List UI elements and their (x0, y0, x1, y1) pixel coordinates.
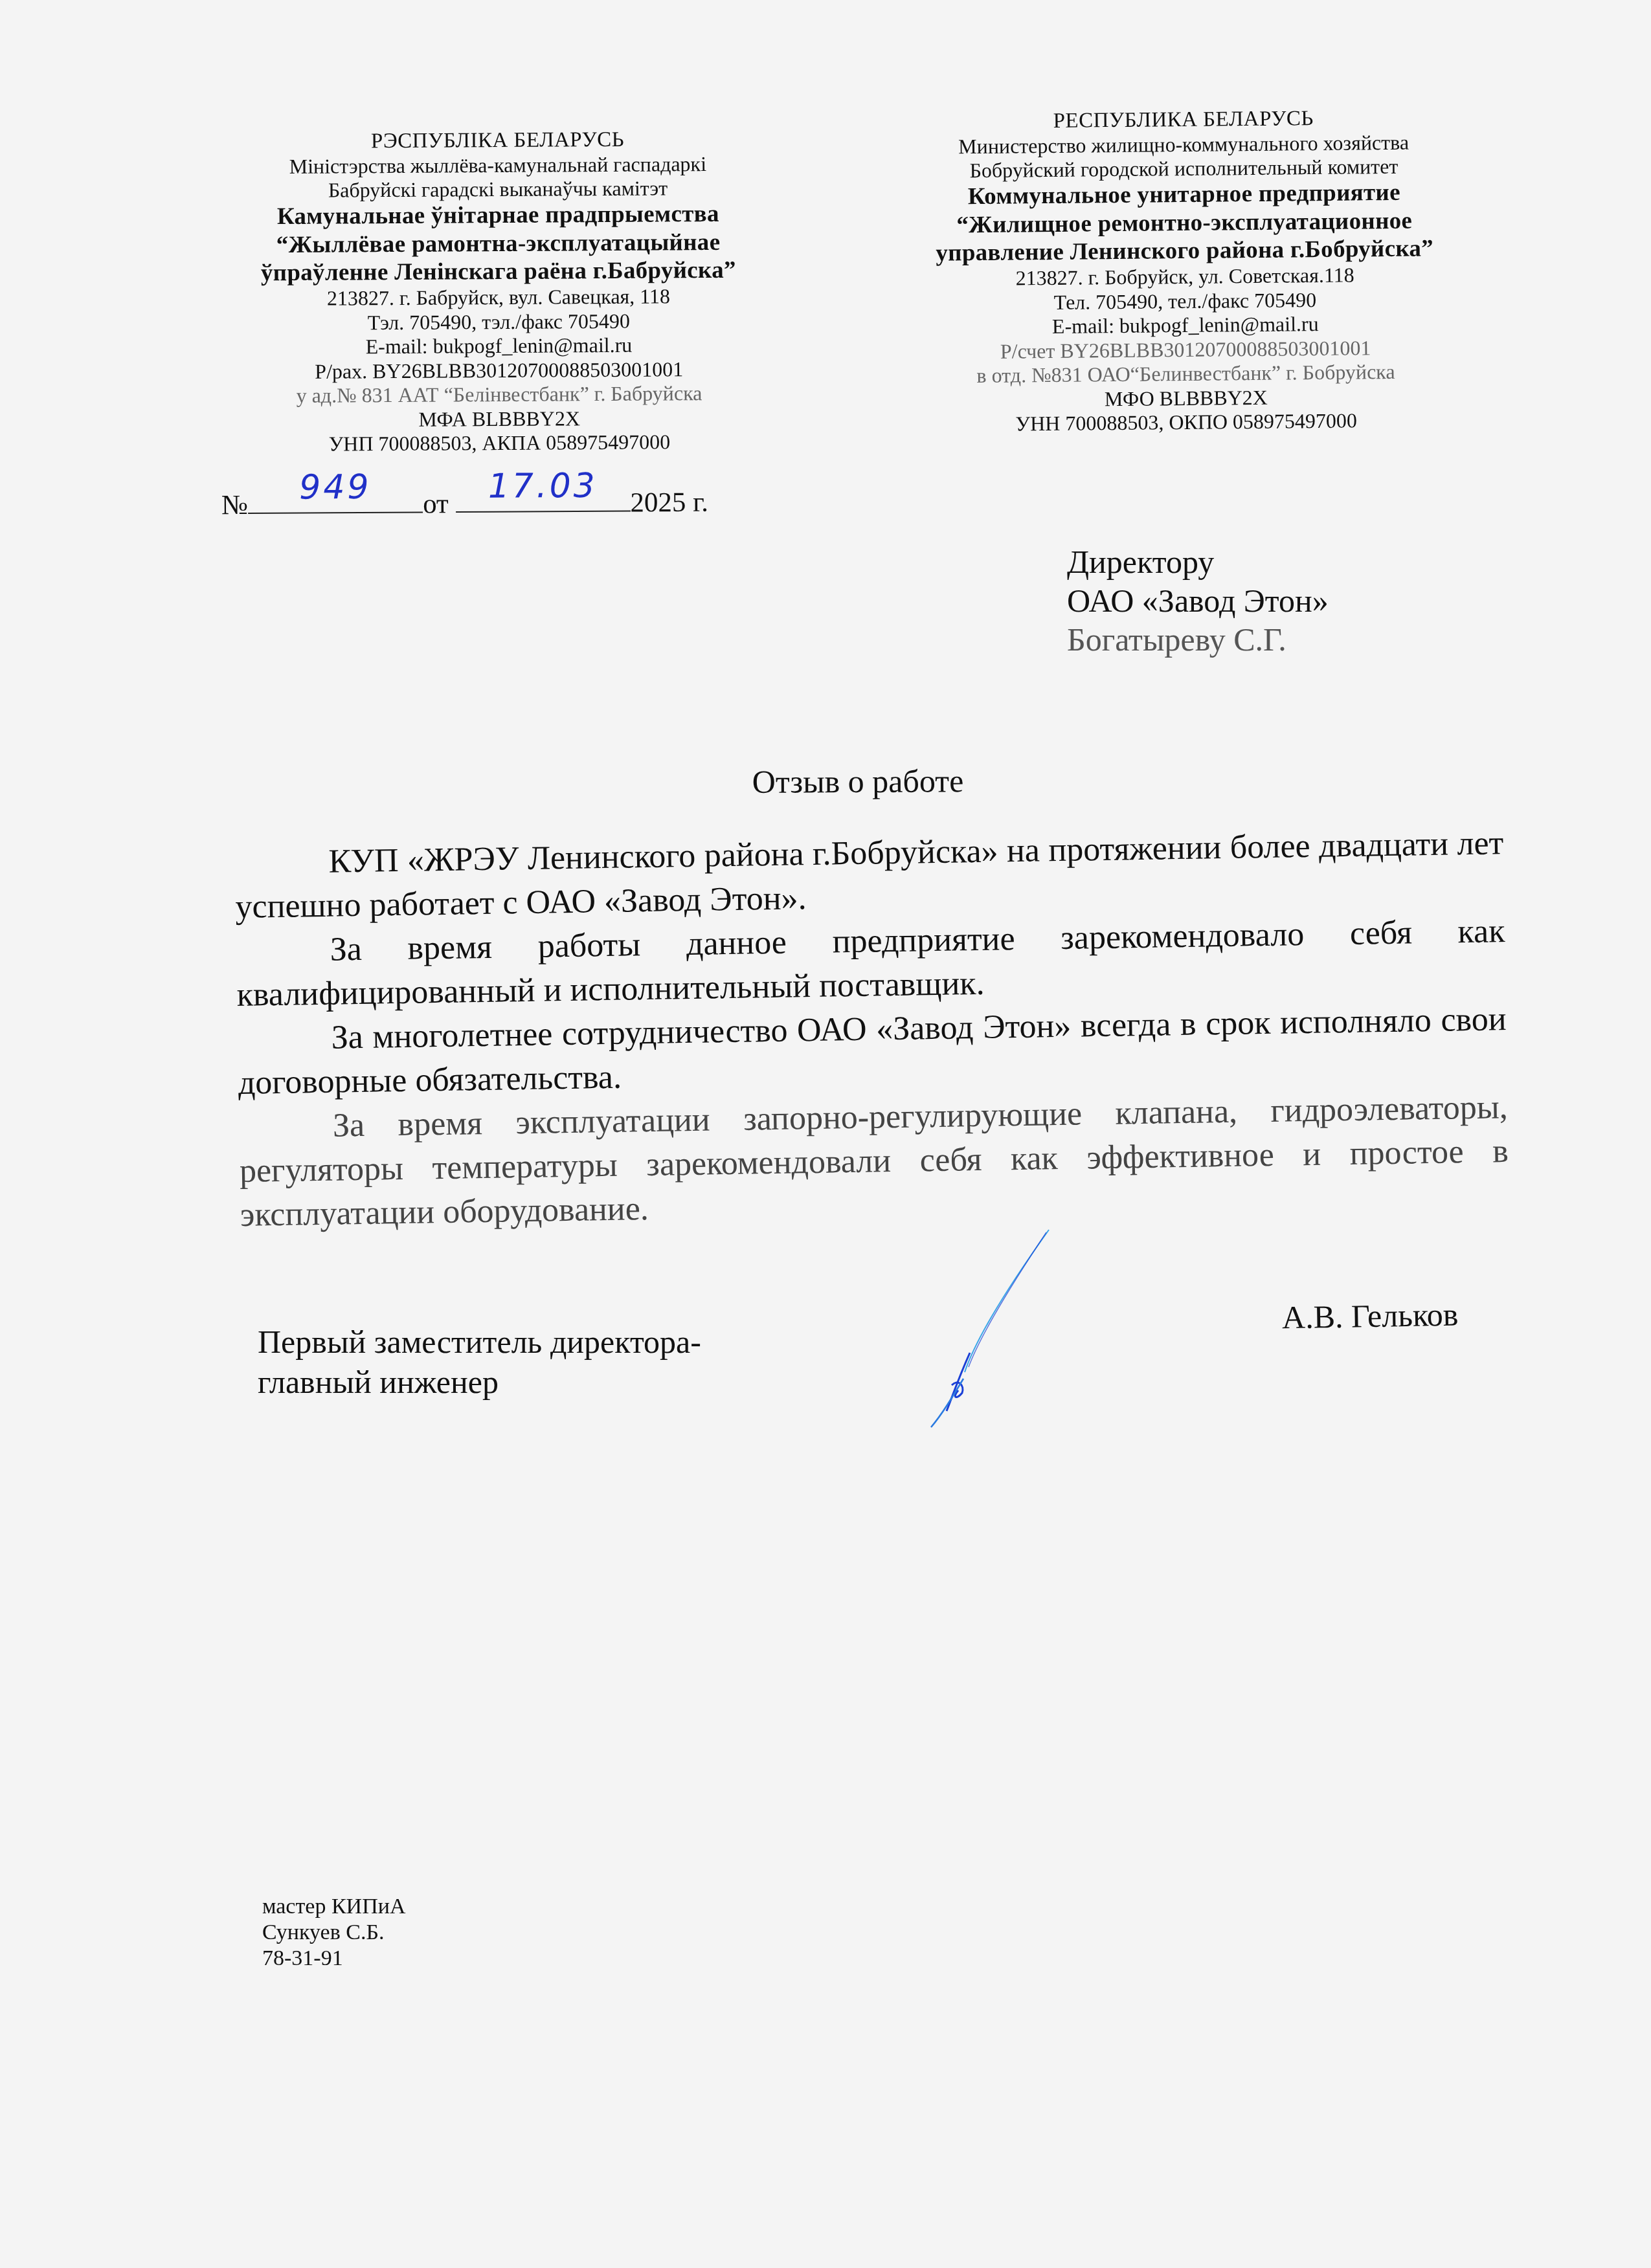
handwritten-number: 949 (248, 467, 423, 507)
letterhead-russian: РЕСПУБЛИКА БЕЛАРУСЬ Министерство жилищно… (899, 105, 1472, 438)
executor-position: мастер КИПиА (262, 1894, 405, 1920)
postal-address: 213827. г. Бабруйск, вул. Савецкая, 118 (214, 284, 783, 312)
tax-ids: УНП 700088503, АКПА 058975497000 (214, 429, 784, 457)
addressee-position: Директору (1067, 542, 1329, 581)
addressee-name: Богатыреву С.Г. (1067, 620, 1329, 659)
addressee-organization: ОАО «Завод Этон» (1067, 581, 1329, 620)
executor-name: Сункуев С.Б. (262, 1920, 405, 1946)
signatory-position: Первый заместитель директора- главный ин… (258, 1322, 701, 1402)
handwritten-date: 17.03 (455, 466, 630, 506)
bank-account: Р/рах. BY26BLBB30120700088503001001 (214, 357, 784, 384)
document-title: Отзыв о работе (0, 758, 1651, 805)
bank-branch: у ад.№ 831 ААТ “Белінвестбанк” г. Бабруй… (214, 381, 784, 408)
year-suffix: 2025 г. (630, 487, 708, 518)
signatory-position-line1: Первый заместитель директора- (258, 1322, 701, 1362)
date-field: 17.03 (455, 483, 630, 513)
signatory-position-line2: главный инженер (258, 1362, 701, 1402)
organization-name-line3: ўпраўленне Ленінскага раёна г.Бабруйска” (214, 256, 783, 287)
addressee-block: Директору ОАО «Завод Этон» Богатыреву С.… (1067, 542, 1329, 659)
committee-name: Бабруйскі гарадскі выканаўчы камітэт (213, 175, 783, 203)
signatory-name: А.В. Гельков (1282, 1296, 1459, 1337)
executor-phone: 78-31-91 (262, 1946, 405, 1972)
letterhead-belarusian: РЭСПУБЛІКА БЕЛАРУСЬ Міністэрства жыллёва… (212, 126, 784, 457)
organization-name-line2: “Жыллёвае рамонтна-эксплуатацыйнае (213, 228, 783, 260)
letter-body: КУП «ЖРЭУ Ленинского района г.Бобруйска»… (234, 821, 1509, 1238)
number-field: 949 (248, 484, 423, 514)
body-paragraph: За время эксплуатации запорно-регулирующ… (238, 1085, 1509, 1238)
bank-bic: МФА BLBBBY2X (214, 405, 784, 433)
ministry-name: Міністэрства жыллёва-камунальнай гаспада… (213, 151, 783, 179)
phone-fax: Тэл. 705490, тэл./факс 705490 (214, 308, 783, 336)
registration-line: №949от 17.032025 г. (221, 483, 708, 522)
date-label: от (423, 489, 449, 519)
handwritten-signature-icon (855, 1223, 1062, 1430)
executor-block: мастер КИПиА Сункуев С.Б. 78-31-91 (262, 1894, 405, 1972)
tax-ids: УНН 700088503, ОКПО 058975497000 (901, 408, 1471, 438)
country-name: РЭСПУБЛІКА БЕЛАРУСЬ (212, 126, 782, 155)
email-address: E-mail: bukpogf_lenin@mail.ru (214, 333, 783, 361)
organization-name-line3: управление Ленинского района г.Бобруйска… (900, 234, 1470, 268)
organization-name-line1: Камунальнае ўнітарнае прадпрыемства (213, 200, 783, 232)
number-label: № (221, 490, 248, 520)
